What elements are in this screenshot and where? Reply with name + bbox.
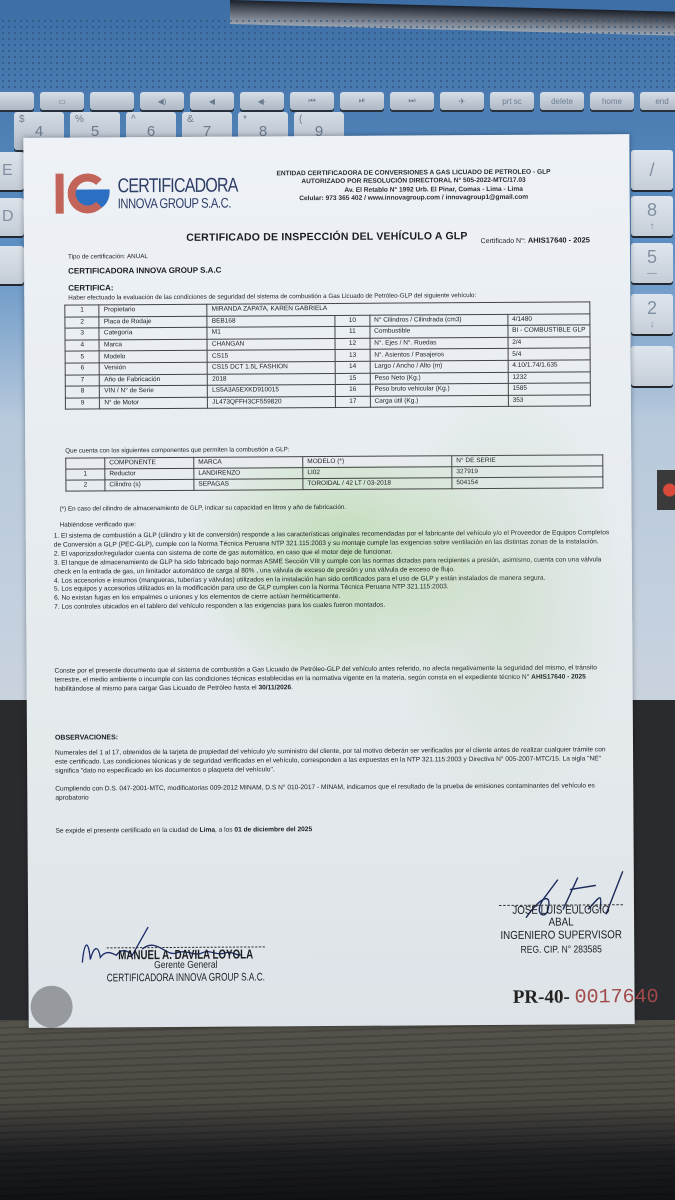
certifica-heading: CERTIFICA: <box>68 283 113 292</box>
component-model: LI02 <box>303 467 452 479</box>
row-number: 13 <box>335 350 370 362</box>
field-value: 4.10/1.74/1.635 <box>508 360 590 372</box>
field-label: Categoría <box>99 327 207 339</box>
issued-text-2: , a los <box>215 827 233 834</box>
speaker-grille <box>0 18 675 88</box>
table-row: 2Cilindro (s)SEPAGASTOROIDAL / 42 LT / 0… <box>66 477 603 491</box>
keyboard-key <box>0 92 34 110</box>
field-value: LS5A3A5EXKD910015 <box>208 385 336 397</box>
component-brand: LANDIRENZO <box>194 468 303 480</box>
field-label: Combustible <box>370 326 508 338</box>
signer-right-role: INGENIERO SUPERVISOR <box>499 930 623 942</box>
row-number: 17 <box>336 396 371 408</box>
field-label: VIN / N° de Serie <box>100 385 208 397</box>
components-note: (*) En caso del cilindro de almacenamien… <box>60 504 347 513</box>
field-label: N° Cilindros / Cilindrada (cm3) <box>370 314 508 326</box>
keyboard-key <box>0 246 24 284</box>
field-label: Peso bruto vehicular (Kg.) <box>370 384 508 396</box>
row-number: 16 <box>335 384 370 396</box>
observations-2: Cumpliendo con D.S. 047-2001-MTC, modifi… <box>55 782 615 803</box>
column-header <box>66 458 105 469</box>
numpad-key: / <box>631 150 673 190</box>
cert-type: Tipo de certificación: ANUAL <box>68 253 148 260</box>
field-value: CS15 <box>207 350 335 362</box>
logo-line1: CERTIFICADORA <box>118 176 238 197</box>
field-value: 5/4 <box>508 348 590 360</box>
column-header: N° DE SERIE <box>452 455 603 467</box>
keyboard-key: ⏯ <box>340 92 384 110</box>
certificate-value: AHIS17640 - 2025 <box>528 235 590 244</box>
row-number: 11 <box>335 326 370 338</box>
keyboard-key: ▭ <box>40 92 84 110</box>
signer-left-org: CERTIFICADORA INNOVA GROUP S.A.C. <box>107 972 265 984</box>
verified-item: 3. El tanque de almacenamiento de GLP ha… <box>54 556 614 577</box>
verified-list: 1. El sistema de combustión a GLP (cilin… <box>54 529 614 613</box>
component-model: TOROIDAL / 42 LT / 03-2018 <box>303 478 452 490</box>
keyboard-key: delete <box>540 92 584 110</box>
form-number: PR-40- 0017640 <box>513 986 659 1010</box>
row-number: 2 <box>65 316 99 328</box>
numpad-key: 5— <box>631 243 673 283</box>
field-value: 4/1480 <box>508 313 590 325</box>
company-seal <box>30 986 72 1028</box>
field-value: 2018 <box>208 373 336 385</box>
field-label: Carga útil (Kg.) <box>370 395 508 407</box>
field-label: Largo / Ancho / Alto (m) <box>370 360 508 372</box>
numpad-key: 8↑ <box>631 196 673 236</box>
field-value: 2/4 <box>508 337 590 349</box>
ig-logo-icon <box>53 171 115 215</box>
keyboard-key: prt sc <box>490 92 534 110</box>
field-value: BEB168 <box>207 315 335 327</box>
table-row: 9N° de MotorJL473QFFH3CF55982017Carga út… <box>65 395 590 410</box>
column-header: MODELO (*) <box>303 456 452 468</box>
signer-left-role: Gerente General <box>96 960 275 971</box>
row-number: 14 <box>335 361 370 373</box>
field-label: Placa de Rodaje <box>99 316 207 328</box>
components-table: COMPONENTEMARCAMODELO (*)N° DE SERIE1Red… <box>65 454 603 491</box>
observations-title: OBSERVACIONES: <box>55 731 615 743</box>
row-number: 4 <box>65 340 99 352</box>
verified-item: 1. El sistema de combustión a GLP (cilin… <box>54 529 614 550</box>
field-label: Modelo <box>100 351 208 363</box>
row-number: 7 <box>65 374 99 386</box>
keyboard-key: E <box>0 152 24 190</box>
component-brand: SEPAGAS <box>194 479 303 491</box>
row-number: 3 <box>65 328 99 340</box>
certificate-document: CERTIFICADORA INNOVA GROUP S.A.C. ENTIDA… <box>23 134 634 1028</box>
column-header: MARCA <box>194 457 303 469</box>
field-value: BI - COMBUSTIBLE GLP <box>508 325 590 337</box>
conste-paragraph: Conste por el presente documento que el … <box>55 664 615 694</box>
numpad-key: 2↓ <box>631 294 673 334</box>
field-value: M1 <box>207 327 335 339</box>
field-label: N° de Motor <box>100 397 208 409</box>
issued-text: Se expide el presente certificado en la … <box>56 827 198 835</box>
form-serial: 0017640 <box>574 986 658 1010</box>
field-label: Versión <box>100 362 208 374</box>
keyboard-key: ⏮ <box>290 92 334 110</box>
function-key-row: ▭◀)◀◀·⏮⏯⏭✈prt scdeletehomeend <box>0 92 675 110</box>
keyboard-key: ⏭ <box>390 92 434 110</box>
entity-line: Celular: 973 365 402 / www.innovagroup.c… <box>234 194 594 205</box>
field-label: Año de Fabricación <box>100 374 208 386</box>
component-name: Reductor <box>105 468 194 480</box>
keyboard-key: D <box>0 198 24 236</box>
keyboard-key: end <box>640 92 675 110</box>
row-number: 9 <box>65 398 99 410</box>
keyboard-key: ◀) <box>140 92 184 110</box>
field-label: N°. Ejes / N°. Ruedas <box>370 337 508 349</box>
row-number: 6 <box>65 363 99 375</box>
component-serial: 504154 <box>452 477 603 489</box>
keyboard-key: ◀· <box>240 92 284 110</box>
issued-date: 01 de diciembre del 2025 <box>234 826 312 833</box>
field-value: 1232 <box>508 371 590 383</box>
certificate-label: Certificado N°: <box>481 238 526 245</box>
intro-text: Haber efectuado la evaluación de las con… <box>68 292 476 301</box>
vehicle-table: 1PropietarioMIRANDA ZAPATA, KAREN GABRIE… <box>64 301 591 410</box>
field-label: N°. Asientos / Pasajeros <box>370 349 508 361</box>
verified-intro: Habiéndose verificado que: <box>60 521 136 528</box>
table-header-row: COMPONENTEMARCAMODELO (*)N° DE SERIE <box>66 455 603 469</box>
row-number: 2 <box>66 480 105 491</box>
valid-until-date: 30/11/2026 <box>258 684 291 691</box>
field-value: CHANGAN <box>207 338 335 350</box>
signer-right-reg: REG. CIP. N° 283585 <box>499 945 623 956</box>
signer-right-name: JOSE LUIS EULOGIO ABAL <box>499 904 623 929</box>
row-number: 1 <box>66 469 105 480</box>
field-value: 353 <box>508 395 590 407</box>
field-label: Peso Neto (Kg.) <box>370 372 508 384</box>
field-label: Propietario <box>99 304 207 316</box>
issued-statement: Se expide el presente certificado en la … <box>56 824 616 836</box>
column-header: COMPONENTE <box>105 457 194 469</box>
signer-right: JOSE LUIS EULOGIO ABAL INGENIERO SUPERVI… <box>488 904 634 955</box>
conste-text-2: habilitándose al mismo para cargar Gas L… <box>55 684 257 692</box>
logo-line2: INNOVA GROUP S.A.C. <box>118 196 238 211</box>
row-number: 5 <box>65 351 99 363</box>
numpad-key <box>631 346 673 386</box>
cpu-sticker <box>657 470 675 510</box>
keyboard-key: home <box>590 92 634 110</box>
signer-left: MANUEL A. DAVILA LOYOLA Gerente General … <box>80 946 291 984</box>
row-number: 12 <box>335 338 370 350</box>
wooden-desk <box>0 1020 675 1200</box>
entity-header: ENTIDAD CERTIFICADORA DE CONVERSIONES A … <box>233 168 593 204</box>
observations-1: Numerales del 1 al 17, obtenidos de la t… <box>55 746 615 776</box>
field-value: 1585 <box>508 383 590 395</box>
keyboard-key: ◀ <box>190 92 234 110</box>
certificate-number: Certificado N°: AHIS17640 - 2025 <box>481 235 590 245</box>
expediente-number: AHIS17640 - 2025 <box>531 673 586 680</box>
conste-text: Conste por el presente documento que el … <box>55 664 597 683</box>
row-number: 15 <box>335 373 370 385</box>
row-number: 10 <box>335 315 370 327</box>
row-number: 8 <box>65 386 99 398</box>
field-value: CS15 DCT 1.5L FASHION <box>207 361 335 373</box>
row-number: 1 <box>65 305 99 317</box>
field-value: JL473QFFH3CF559820 <box>208 396 336 408</box>
keyboard-key: ✈ <box>440 92 484 110</box>
component-serial: 327919 <box>452 466 603 478</box>
form-prefix: PR-40- <box>513 987 570 1008</box>
keyboard-key <box>90 92 134 110</box>
components-intro: Que cuenta con los siguientes componente… <box>65 446 289 454</box>
field-label: Marca <box>99 339 207 351</box>
company-name: CERTIFICADORA INNOVA GROUP S.A.C <box>68 266 221 276</box>
component-name: Cilindro (s) <box>105 479 194 491</box>
issued-city: Lima <box>200 827 215 834</box>
